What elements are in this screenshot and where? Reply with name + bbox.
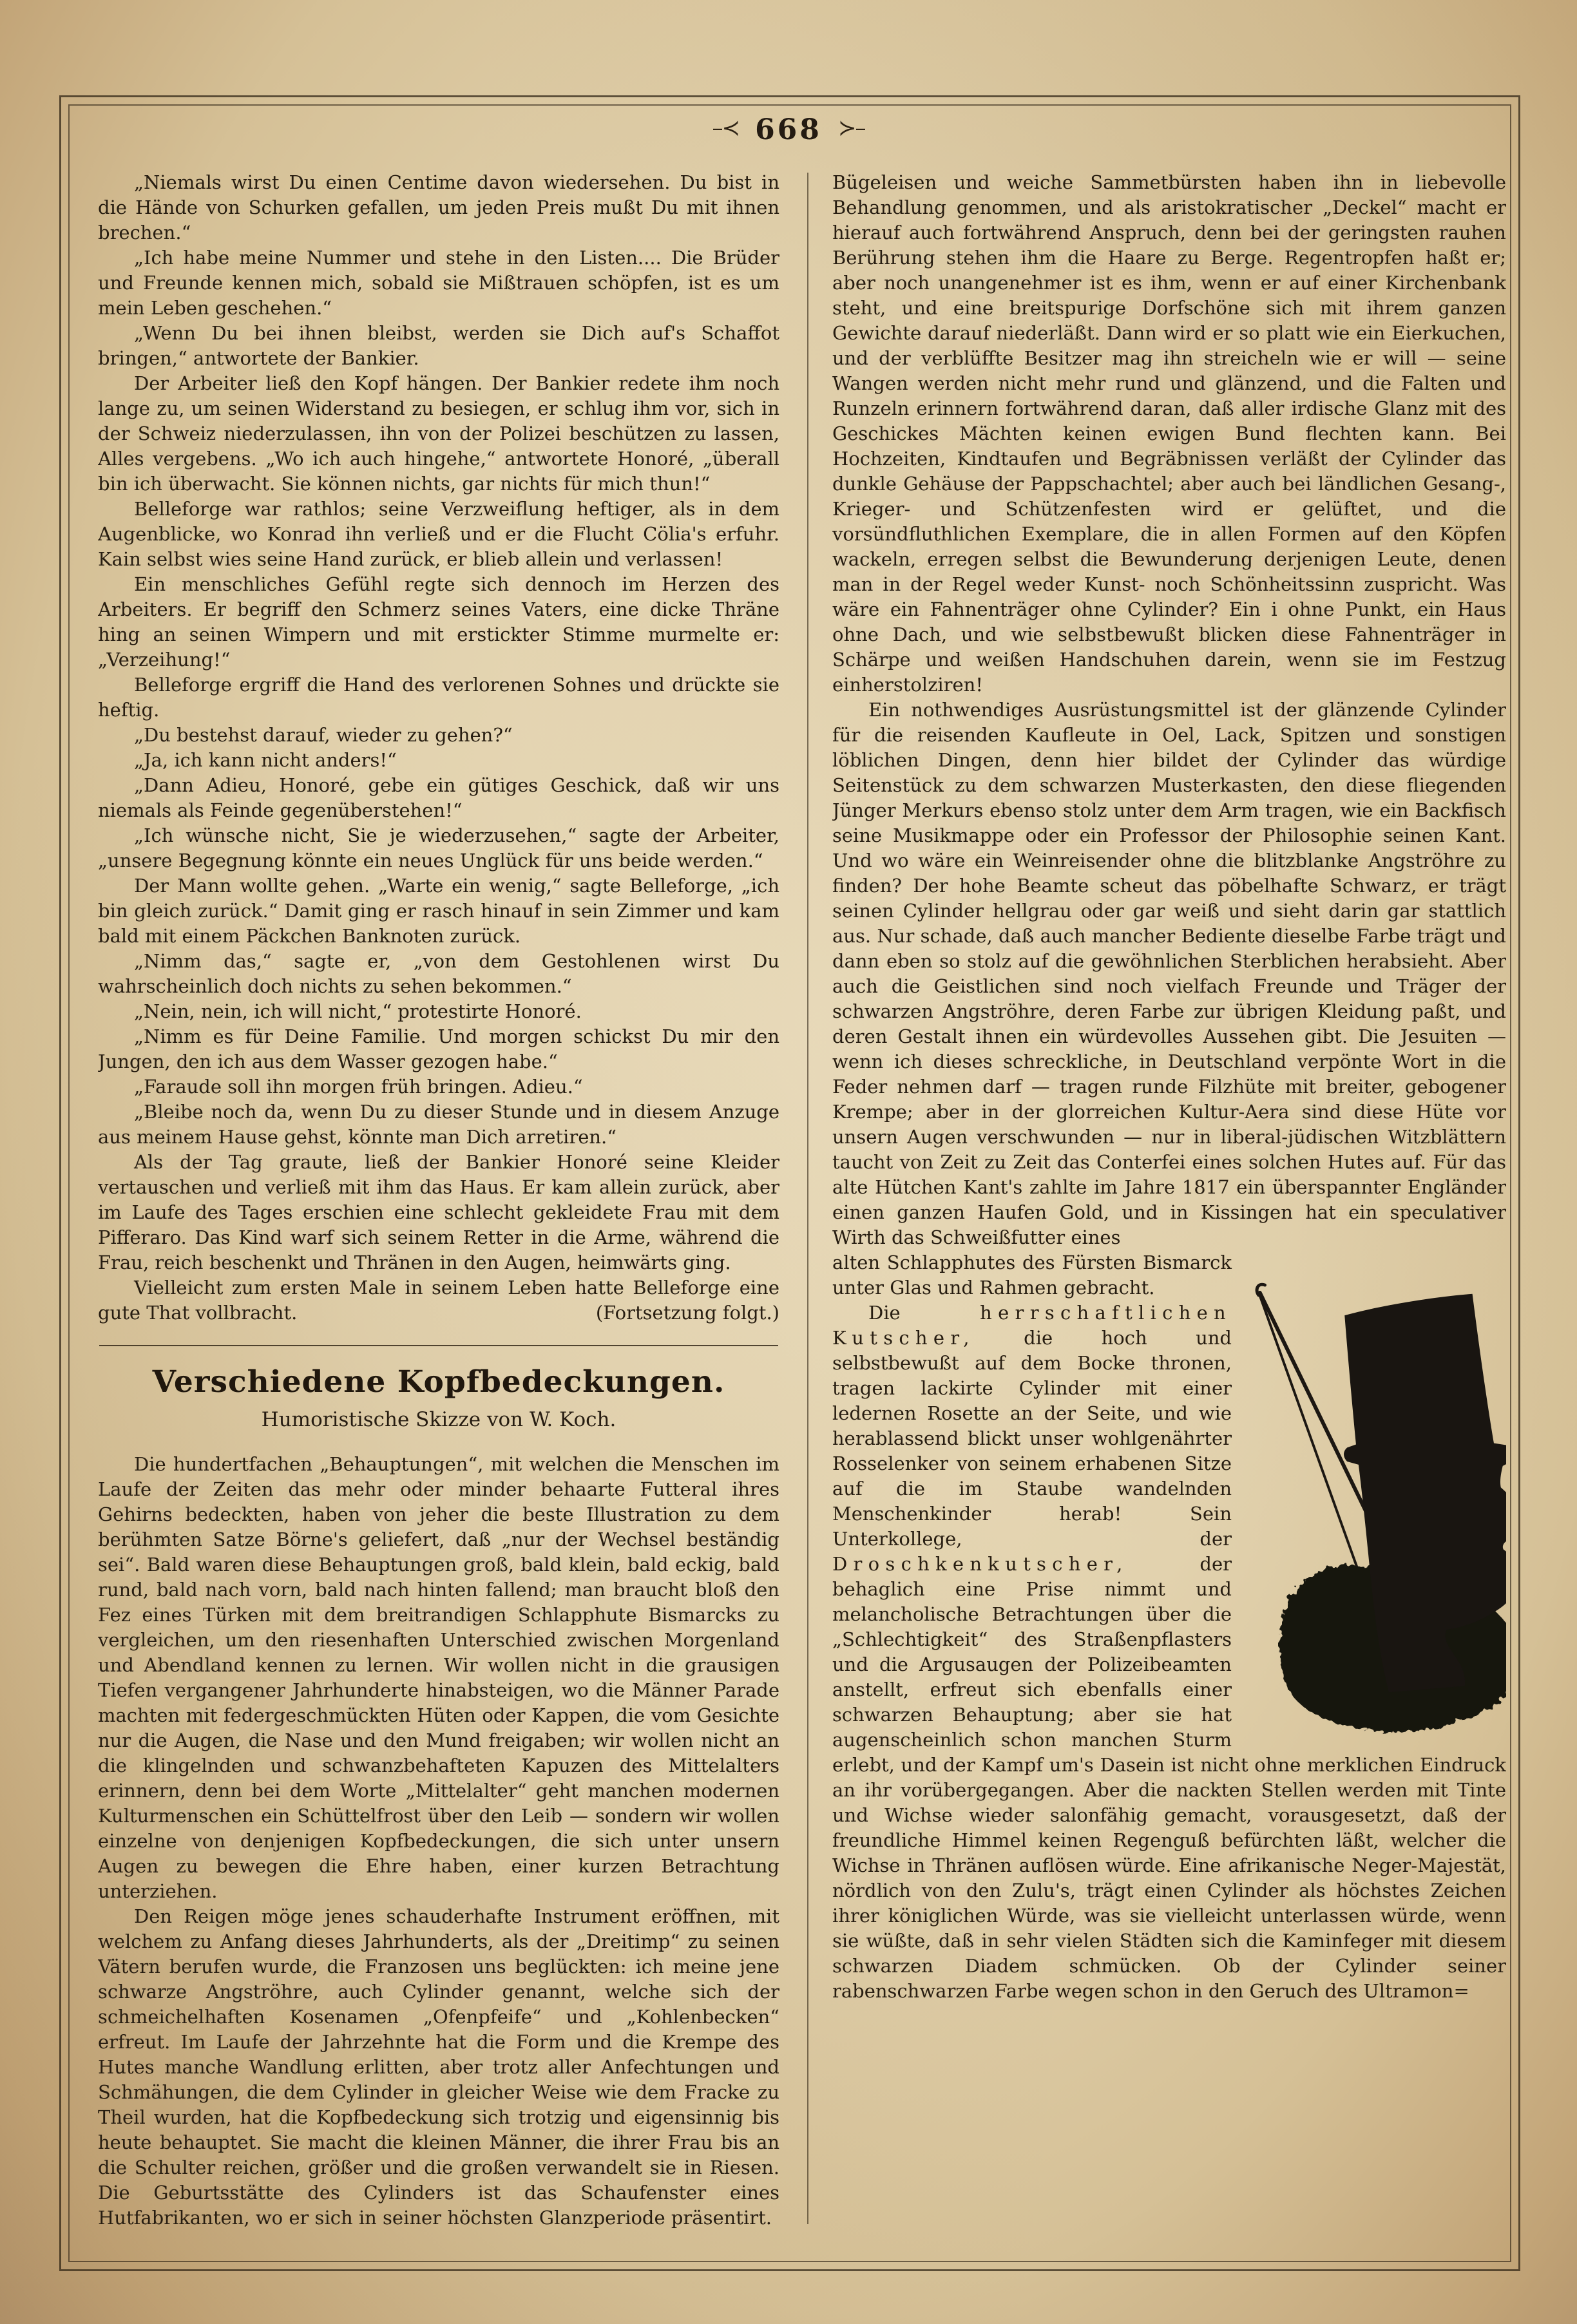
paragraph: „Dann Adieu, Honoré, gebe ein gütiges Ge… — [98, 773, 779, 823]
header-ornament-left: –≺ — [712, 115, 739, 141]
paragraph: „Du bestehst darauf, wieder zu gehen?“ — [98, 723, 779, 748]
article-subtitle: Humoristische Skizze von W. Koch. — [98, 1407, 779, 1433]
paragraph: Ein menschliches Gefühl regte sich denno… — [98, 572, 779, 672]
paragraph: „Ja, ich kann nicht anders!“ — [98, 748, 779, 773]
paragraph: „Ich habe meine Nummer und stehe in den … — [98, 245, 779, 321]
article-title: Verschiedene Kopfbedeckungen. — [98, 1369, 779, 1395]
newspaper-page: –≺ 668 ≻– „Niemals wirst Du einen Centim… — [0, 0, 1577, 2324]
paragraph: „Nimm das,“ sagte er, „von dem Gestohlen… — [98, 949, 779, 999]
paragraph: Der Arbeiter ließ den Kopf hängen. Der B… — [98, 371, 779, 497]
spaced-text: herrschaftlichen Kutscher, — [832, 1302, 1232, 1349]
paragraph: Belleforge ergriff die Hand des verloren… — [98, 672, 779, 723]
left-column: „Niemals wirst Du einen Centime davon wi… — [98, 170, 779, 2238]
section-divider-rule — [99, 1345, 778, 1346]
right-column: Bügeleisen und weiche Sammetbürsten habe… — [832, 170, 1506, 2238]
paragraph: Bügeleisen und weiche Sammetbürsten habe… — [832, 170, 1506, 698]
paragraph: „Nimm es für Deine Familie. Und morgen s… — [98, 1024, 779, 1074]
column-divider-rule — [807, 173, 808, 2224]
coachman-silhouette — [1250, 1253, 1506, 1737]
paragraph: Die hundertfachen „Behauptungen“, mit we… — [98, 1452, 779, 1904]
paragraph: Ein nothwendiges Ausrüstungsmittel ist d… — [832, 698, 1506, 1250]
page-header: –≺ 668 ≻– — [0, 113, 1577, 146]
spaced-text: Droschkenkutscher, — [832, 1553, 1129, 1575]
paragraph: „Bleibe noch da, wenn Du zu dieser Stund… — [98, 1100, 779, 1150]
page-number: 668 — [755, 113, 822, 146]
paragraph: Der Mann wollte gehen. „Warte ein wenig,… — [98, 873, 779, 949]
paragraph: „Ich wünsche nicht, Sie je wiederzusehen… — [98, 823, 779, 873]
header-ornament-right: ≻– — [838, 115, 865, 141]
paragraph: Vielleicht zum ersten Male in seinem Leb… — [98, 1275, 779, 1326]
continuation-note: (Fortsetzung folgt.) — [560, 1300, 779, 1326]
paragraph: „Niemals wirst Du einen Centime davon wi… — [98, 170, 779, 245]
paragraph: Den Reigen möge jenes schauderhafte Inst… — [98, 1904, 779, 2231]
paragraph: „Nein, nein, ich will nicht,“ protestirt… — [98, 999, 779, 1024]
paragraph: „Wenn Du bei ihnen bleibst, werden sie D… — [98, 321, 779, 371]
coachman-silhouette-illustration — [1250, 1253, 1506, 1737]
paragraph: „Faraude soll ihn morgen früh bringen. A… — [98, 1074, 779, 1100]
paragraph: Belleforge war rathlos; seine Verzweiflu… — [98, 497, 779, 572]
paragraph: Als der Tag graute, ließ der Bankier Hon… — [98, 1150, 779, 1275]
